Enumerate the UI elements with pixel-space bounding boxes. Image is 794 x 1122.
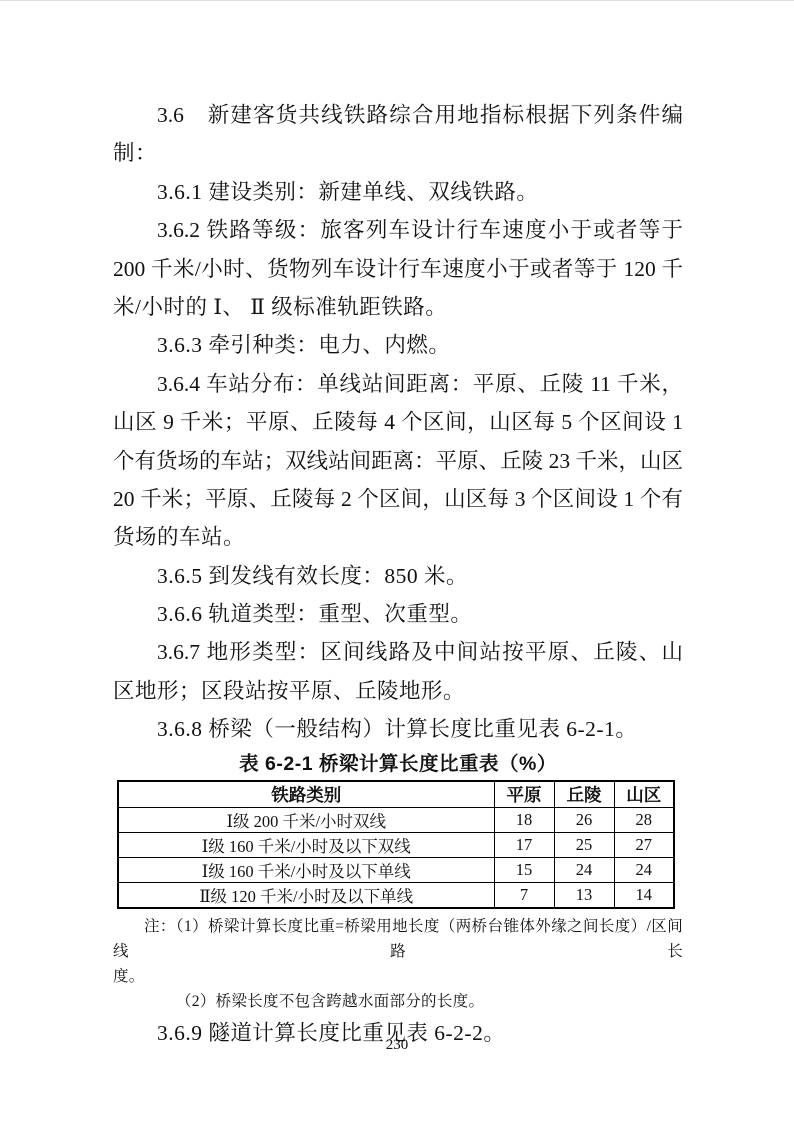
table-6-2-1: 铁路类别 平原 丘陵 山区 Ⅰ级 200 千米/小时双线 18 26 28 Ⅰ级… — [117, 780, 675, 909]
note-2: （2）桥梁长度不包含跨越水面部分的长度。 — [113, 989, 683, 1014]
table-row: Ⅰ级 200 千米/小时双线 18 26 28 — [118, 807, 674, 832]
para-3-6-4-line-4: 20 千米；平原、丘陵每 2 个区间，山区每 3 个区间设 1 个有 — [113, 480, 683, 518]
body-text: 3.6 新建客货共线铁路综合用地指标根据下列条件编 制： 3.6.1 建设类别：… — [113, 1, 683, 749]
para-3-6-5: 3.6.5 到发线有效长度：850 米。 — [113, 557, 683, 595]
table-cell-category: Ⅰ级 160 千米/小时及以下单线 — [118, 857, 494, 882]
table-header-row: 铁路类别 平原 丘陵 山区 — [118, 781, 674, 808]
page-number: 230 — [0, 1037, 794, 1054]
para-3-6-line-1: 3.6 新建客货共线铁路综合用地指标根据下列条件编 — [113, 96, 683, 134]
table-cell-mountain: 24 — [614, 857, 674, 882]
table-header-plain: 平原 — [494, 781, 554, 808]
table-row: Ⅰ级 160 千米/小时及以下双线 17 25 27 — [118, 832, 674, 857]
para-3-6-line-2: 制： — [113, 134, 683, 172]
para-3-6-7-line-1: 3.6.7 地形类型：区间线路及中间站按平原、丘陵、山 — [113, 633, 683, 671]
para-3-6-3: 3.6.3 牵引种类：电力、内燃。 — [113, 326, 683, 364]
document-page: 3.6 新建客货共线铁路综合用地指标根据下列条件编 制： 3.6.1 建设类别：… — [0, 0, 794, 1122]
table-cell-mountain: 27 — [614, 832, 674, 857]
para-3-6-4-line-2: 山区 9 千米；平原、丘陵每 4 个区间，山区每 5 个区间设 1 — [113, 403, 683, 441]
para-3-6-1: 3.6.1 建设类别：新建单线、双线铁路。 — [113, 173, 683, 211]
table-cell-hills: 25 — [554, 832, 614, 857]
note-1-line-1: 注：（1）桥梁计算长度比重=桥梁用地长度（两桥台锥体外缘之间长度）/区间线路长 — [113, 914, 683, 964]
table-cell-hills: 26 — [554, 807, 614, 832]
para-3-6-4-line-1: 3.6.4 车站分布：单线站间距离：平原、丘陵 11 千米， — [113, 365, 683, 403]
table-cell-hills: 24 — [554, 857, 614, 882]
para-3-6-2-line-2: 200 千米/小时、货物列车设计行车速度小于或者等于 120 千 — [113, 250, 683, 288]
para-3-6-2-line-1: 3.6.2 铁路等级：旅客列车设计行车速度小于或者等于 — [113, 211, 683, 249]
para-3-6-2-line-3: 米/小时的 Ⅰ、 Ⅱ 级标准轨距铁路。 — [113, 288, 683, 326]
para-3-6-6: 3.6.6 轨道类型：重型、次重型。 — [113, 595, 683, 633]
table-cell-mountain: 28 — [614, 807, 674, 832]
para-3-6-4-line-3: 个有货场的车站；双线站间距离：平原、丘陵 23 千米，山区 — [113, 442, 683, 480]
table-cell-mountain: 14 — [614, 882, 674, 908]
table-cell-category: Ⅰ级 160 千米/小时及以下双线 — [118, 832, 494, 857]
table-row: Ⅱ级 120 千米/小时及以下单线 7 13 14 — [118, 882, 674, 908]
table-notes: 注：（1）桥梁计算长度比重=桥梁用地长度（两桥台锥体外缘之间长度）/区间线路长 … — [113, 914, 683, 1014]
para-3-6-4-line-5: 货场的车站。 — [113, 518, 683, 556]
table-cell-plain: 17 — [494, 832, 554, 857]
table-header-hills: 丘陵 — [554, 781, 614, 808]
table-row: Ⅰ级 160 千米/小时及以下单线 15 24 24 — [118, 857, 674, 882]
table-cell-plain: 18 — [494, 807, 554, 832]
para-3-6-8: 3.6.8 桥梁（一般结构）计算长度比重见表 6-2-1。 — [113, 710, 683, 748]
table-cell-plain: 15 — [494, 857, 554, 882]
note-1-line-2: 度。 — [113, 964, 683, 989]
para-3-6-7-line-2: 区地形；区段站按平原、丘陵地形。 — [113, 672, 683, 710]
table-cell-plain: 7 — [494, 882, 554, 908]
table-cell-hills: 13 — [554, 882, 614, 908]
table-header-railway-category: 铁路类别 — [118, 781, 494, 808]
table-header-mountain: 山区 — [614, 781, 674, 808]
table-cell-category: Ⅰ级 200 千米/小时双线 — [118, 807, 494, 832]
table-cell-category: Ⅱ级 120 千米/小时及以下单线 — [118, 882, 494, 908]
page-content: 3.6 新建客货共线铁路综合用地指标根据下列条件编 制： 3.6.1 建设类别：… — [113, 1, 683, 1052]
table-6-2-1-title: 表 6-2-1 桥梁计算长度比重表（%） — [113, 750, 683, 778]
